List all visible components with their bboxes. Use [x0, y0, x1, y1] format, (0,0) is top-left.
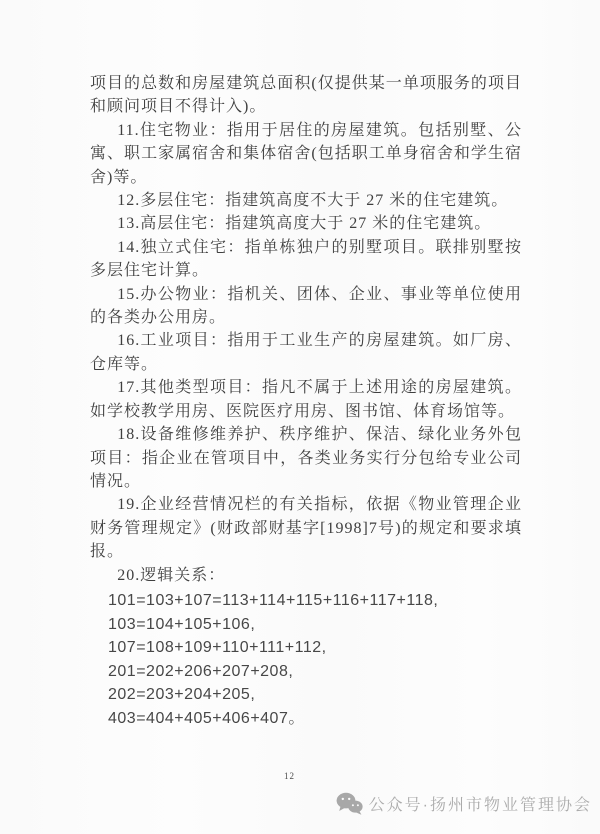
paragraph-item-14: 14.独立式住宅：指单栋独户的别墅项目。联排别墅按多层住宅计算。	[90, 236, 522, 283]
equation-line: 202=203+204+205,	[108, 683, 522, 707]
paragraph-item-19: 19.企业经营情况栏的有关指标，依据《物业管理企业财务管理规定》(财政部财基字[…	[90, 493, 522, 563]
paragraph-item-12: 12.多层住宅：指建筑高度不大于 27 米的住宅建筑。	[90, 189, 522, 212]
document-page: 项目的总数和房屋建筑总面积(仅提供某一单项服务的项目和顾问项目不得计入)。 11…	[0, 0, 600, 834]
equation-line: 101=103+107=113+114+115+116+117+118,	[108, 589, 522, 613]
document-body: 项目的总数和房屋建筑总面积(仅提供某一单项服务的项目和顾问项目不得计入)。 11…	[90, 72, 522, 731]
logic-relation-equations: 101=103+107=113+114+115+116+117+118, 103…	[108, 589, 522, 731]
paragraph-item-16: 16.工业项目：指用于工业生产的房屋建筑。如厂房、仓库等。	[90, 329, 522, 376]
paragraph-item-11: 11.住宅物业：指用于居住的房屋建筑。包括别墅、公寓、职工家属宿舍和集体宿舍(包…	[90, 119, 522, 189]
wechat-icon	[336, 792, 363, 815]
paragraph-item-13: 13.高层住宅：指建筑高度大于 27 米的住宅建筑。	[90, 212, 522, 235]
watermark-text: 公众号·扬州市物业管理协会	[369, 792, 592, 815]
paragraph-item-17: 17.其他类型项目：指凡不属于上述用途的房屋建筑。如学校教学用房、医院医疗用房、…	[90, 376, 522, 423]
equation-line: 107=108+109+110+111+112,	[108, 636, 522, 660]
page-number: 12	[284, 771, 295, 781]
watermark-footer: 公众号·扬州市物业管理协会	[336, 792, 592, 815]
paragraph-continuation: 项目的总数和房屋建筑总面积(仅提供某一单项服务的项目和顾问项目不得计入)。	[90, 72, 522, 119]
paragraph-item-18: 18.设备维修维养护、秩序维护、保洁、绿化业务外包项目：指企业在管项目中，各类业…	[90, 423, 522, 493]
paragraph-item-20: 20.逻辑关系：	[90, 564, 522, 587]
equation-line: 201=202+206+207+208,	[108, 660, 522, 684]
equation-line: 103=104+105+106,	[108, 613, 522, 637]
paragraph-item-15: 15.办公物业：指机关、团体、企业、事业等单位使用的各类办公用房。	[90, 283, 522, 330]
equation-line: 403=404+405+406+407。	[108, 707, 522, 731]
